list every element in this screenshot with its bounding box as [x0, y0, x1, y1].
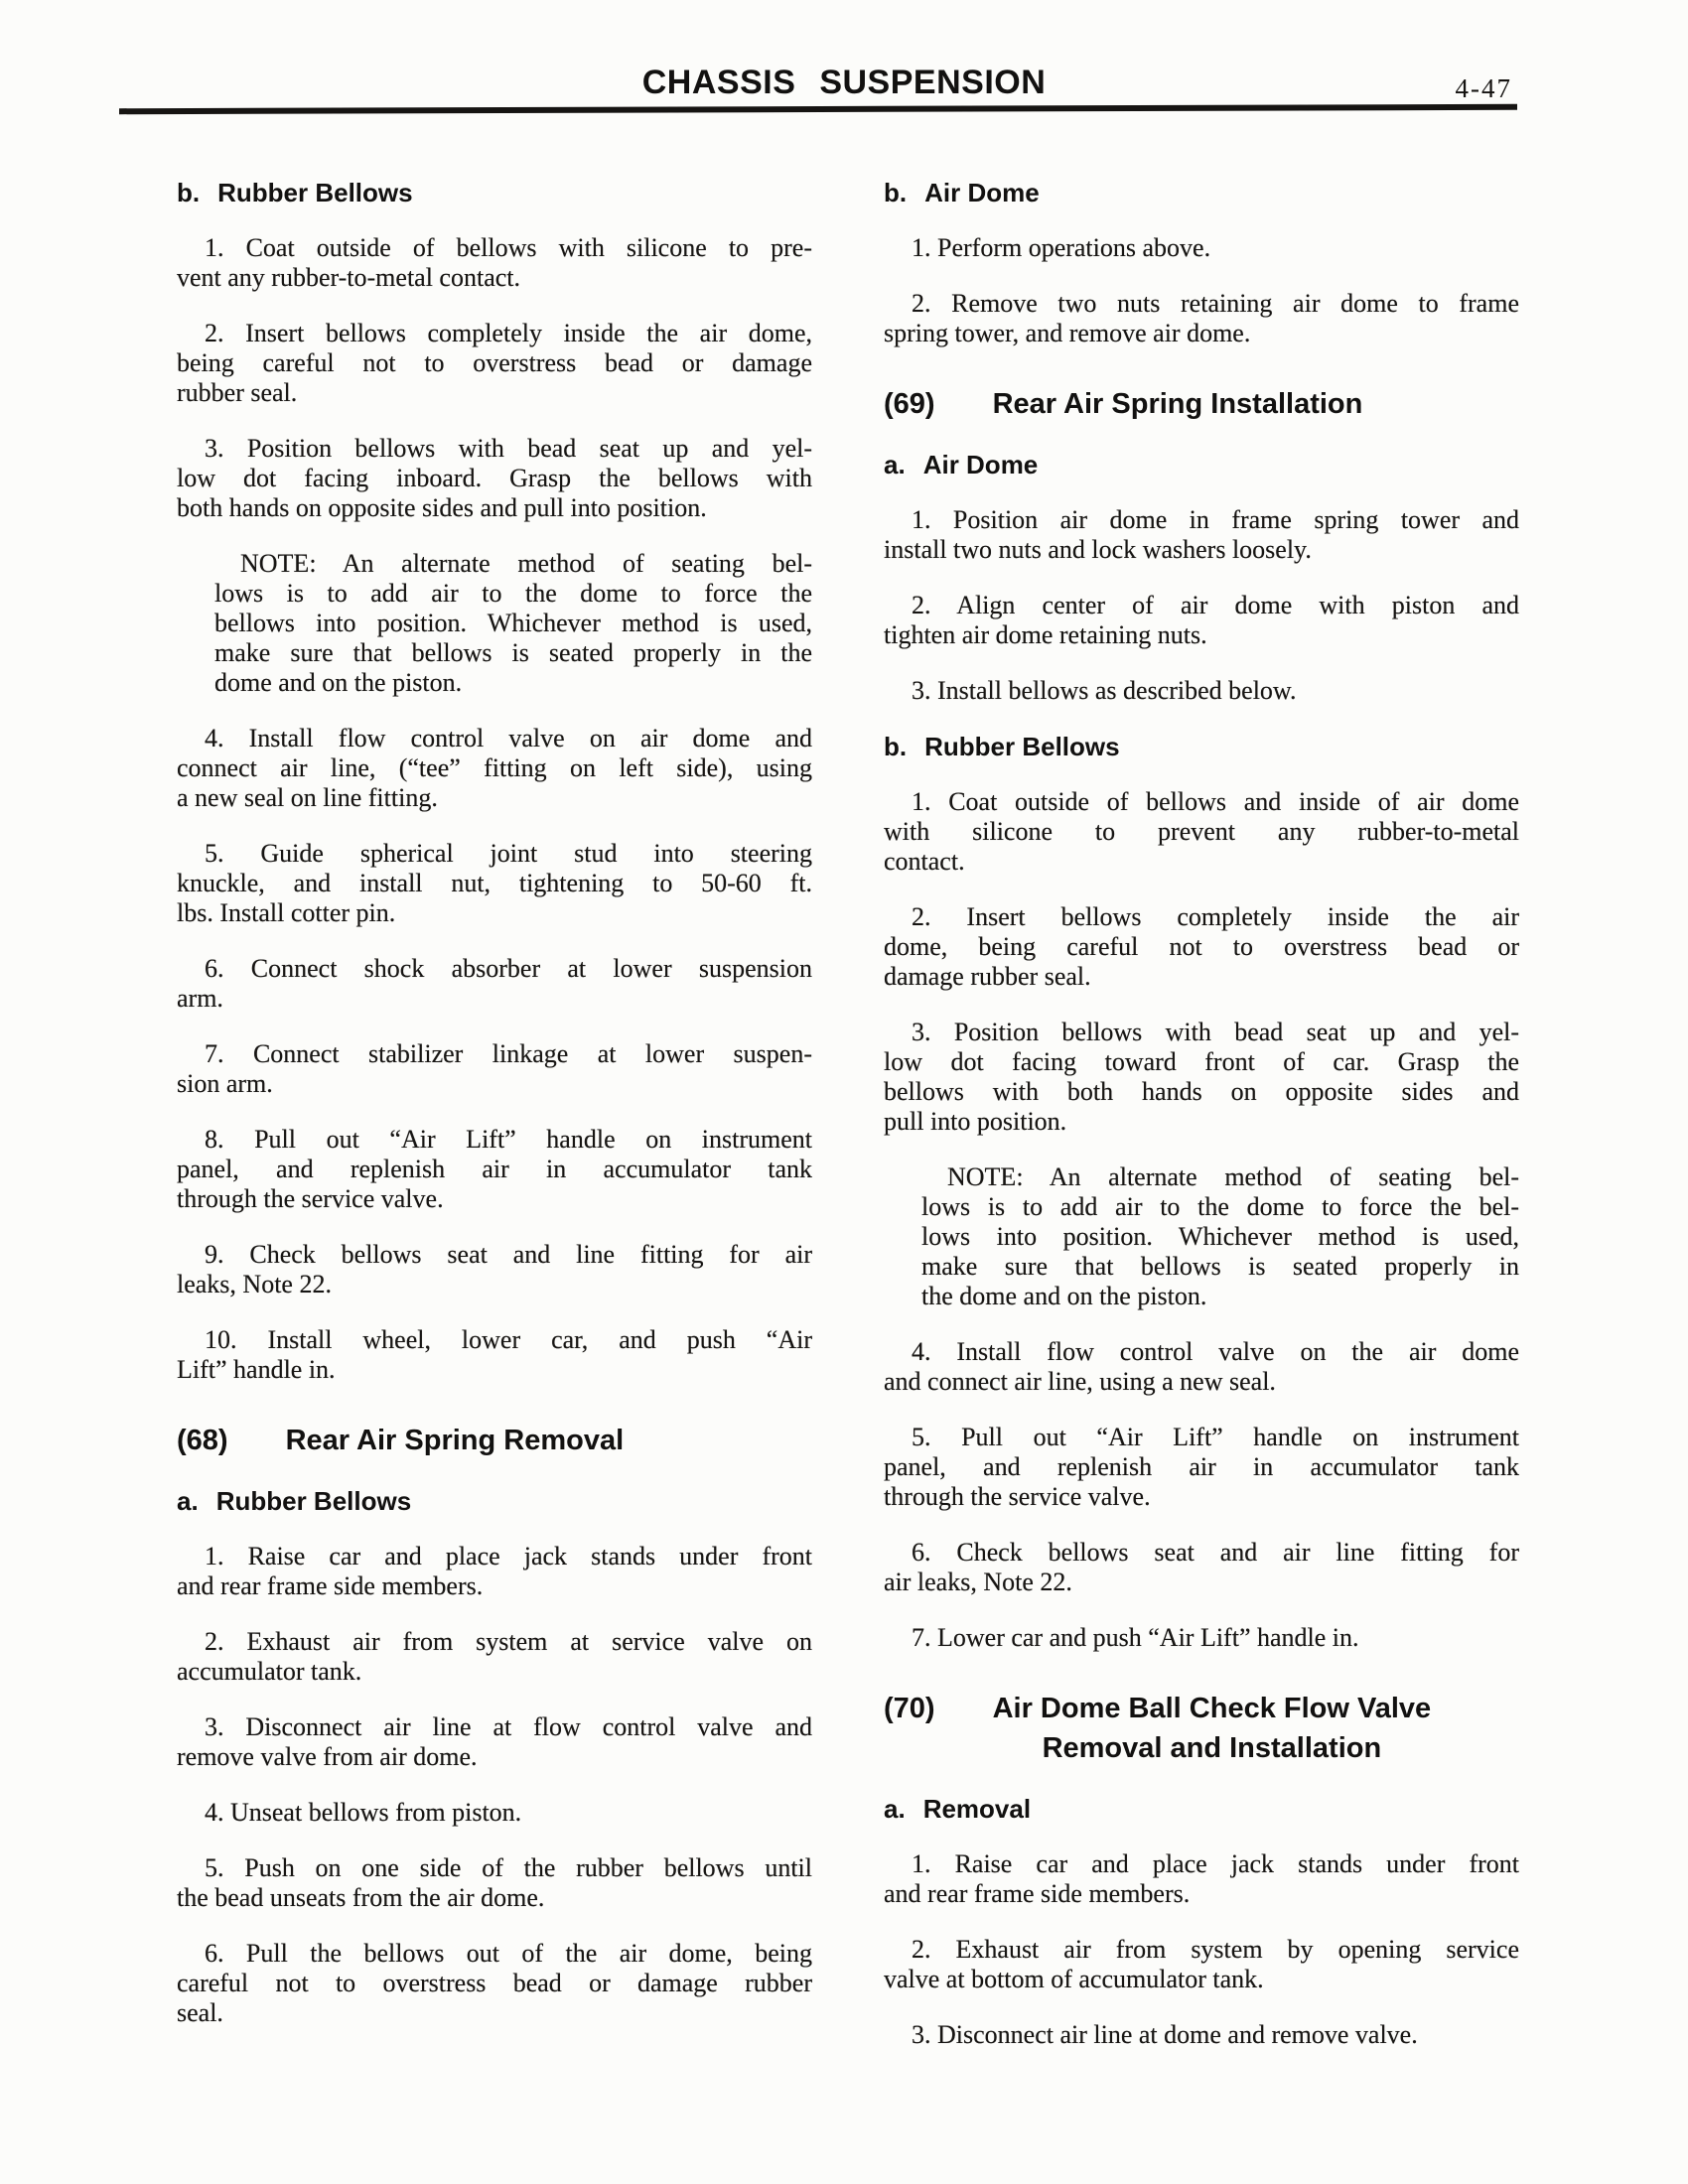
page-title: CHASSIS SUSPENSION [0, 66, 1688, 99]
text-line: NOTE: An alternate method of seating bel… [921, 1162, 1519, 1192]
section-number: (68) [177, 1421, 228, 1460]
step-paragraph: 9. Check bellows seat and line fitting f… [177, 1240, 812, 1299]
subsection-letter: a. [884, 1794, 906, 1824]
text-line: 10. Install wheel, lower car, and push “… [177, 1325, 812, 1355]
step-paragraph: 3. Position bellows with bead seat up an… [177, 434, 812, 523]
text-line: 1. Coat outside of bellows with silicone… [177, 233, 812, 263]
step-paragraph: 2. Insert bellows completely inside the … [884, 902, 1519, 992]
subsection-letter: a. [884, 450, 906, 479]
text-line: the dome and on the piston. [921, 1282, 1519, 1311]
section-heading: (69)Rear Air Spring Installation [884, 384, 1519, 424]
text-line: through the service valve. [177, 1184, 812, 1214]
subsection-title: Air Dome [923, 450, 1039, 479]
subsection-title: Rubber Bellows [924, 732, 1119, 761]
text-line: 2. Exhaust air from system at service va… [177, 1627, 812, 1657]
step-paragraph: 2. Remove two nuts retaining air dome to… [884, 289, 1519, 348]
text-line: tighten air dome retaining nuts. [884, 620, 1519, 650]
subsection-title: Rubber Bellows [217, 178, 412, 207]
step-paragraph: 2. Exhaust air from system at service va… [177, 1627, 812, 1687]
text-line: 4. Install flow control valve on air dom… [177, 724, 812, 753]
text-line: bellows into position. Whichever method … [214, 609, 812, 638]
text-line: lows is to add air to the dome to force … [921, 1192, 1519, 1222]
text-line: careful not to overstress bead or damage… [177, 1969, 812, 1998]
step-paragraph: 6. Connect shock absorber at lower suspe… [177, 954, 812, 1014]
step-paragraph: 5. Pull out “Air Lift” handle on instrum… [884, 1423, 1519, 1512]
text-line: knuckle, and install nut, tightening to … [177, 869, 812, 898]
step-paragraph: 1. Raise car and place jack stands under… [884, 1849, 1519, 1909]
text-line: panel, and replenish air in accumulator … [884, 1452, 1519, 1482]
subsection-heading: a.Air Dome [884, 450, 1519, 479]
section-title: Air Dome Ball Check Flow ValveRemoval an… [993, 1689, 1432, 1768]
step-paragraph: 3. Disconnect air line at dome and remov… [884, 2020, 1519, 2050]
text-line: install two nuts and lock washers loosel… [884, 535, 1519, 565]
text-line: 7. Connect stabilizer linkage at lower s… [177, 1039, 812, 1069]
subsection-heading: b.Rubber Bellows [177, 178, 812, 207]
step-paragraph: 6. Pull the bellows out of the air dome,… [177, 1939, 812, 2028]
subsection-title: Air Dome [924, 178, 1040, 207]
step-paragraph: 1. Perform operations above. [884, 233, 1519, 263]
text-line: make sure that bellows is seated properl… [214, 638, 812, 668]
text-line: pull into position. [884, 1107, 1519, 1137]
text-line: 2. Insert bellows completely inside the … [177, 319, 812, 348]
section-title: Rear Air Spring Installation [993, 384, 1363, 424]
text-line: 3. Position bellows with bead seat up an… [884, 1018, 1519, 1047]
text-line: bellows with both hands on opposite side… [884, 1077, 1519, 1107]
note-paragraph: NOTE: An alternate method of seating bel… [214, 549, 812, 698]
text-line: 5. Push on one side of the rubber bellow… [177, 1853, 812, 1883]
section-number: (69) [884, 384, 935, 424]
page-header: CHASSIS SUSPENSION 4-47 [0, 0, 1688, 112]
text-line: 3. Position bellows with bead seat up an… [177, 434, 812, 464]
subsection-letter: a. [177, 1486, 199, 1516]
text-line: vent any rubber-to-metal contact. [177, 263, 812, 293]
step-paragraph: 4. Unseat bellows from piston. [177, 1798, 812, 1828]
text-line: 6. Check bellows seat and air line fitti… [884, 1538, 1519, 1568]
text-line: lbs. Install cotter pin. [177, 898, 812, 928]
step-paragraph: 4. Install flow control valve on air dom… [177, 724, 812, 813]
text-line: leaks, Note 22. [177, 1270, 812, 1299]
text-line: low dot facing inboard. Grasp the bellow… [177, 464, 812, 493]
text-line: remove valve from air dome. [177, 1742, 812, 1772]
step-paragraph: 1. Raise car and place jack stands under… [177, 1542, 812, 1601]
subsection-letter: b. [177, 178, 200, 207]
text-line: dome, being careful not to overstress be… [884, 932, 1519, 962]
subsection-heading: a.Rubber Bellows [177, 1486, 812, 1516]
text-line: 1. Perform operations above. [884, 233, 1519, 263]
subsection-heading: b.Rubber Bellows [884, 732, 1519, 761]
text-line: through the service valve. [884, 1482, 1519, 1512]
text-line: with silicone to prevent any rubber-to-m… [884, 817, 1519, 847]
text-line: and rear frame side members. [884, 1879, 1519, 1909]
text-line: 4. Unseat bellows from piston. [177, 1798, 812, 1828]
step-paragraph: 1. Coat outside of bellows with silicone… [177, 233, 812, 293]
text-line: 5. Pull out “Air Lift” handle on instrum… [884, 1423, 1519, 1452]
text-line: 9. Check bellows seat and line fitting f… [177, 1240, 812, 1270]
text-line: 7. Lower car and push “Air Lift” handle … [884, 1623, 1519, 1653]
section-title: Rear Air Spring Removal [286, 1421, 625, 1460]
step-paragraph: 2. Align center of air dome with piston … [884, 591, 1519, 650]
step-paragraph: 2. Exhaust air from system by opening se… [884, 1935, 1519, 1994]
text-line: lows is to add air to the dome to force … [214, 579, 812, 609]
text-line: 3. Install bellows as described below. [884, 676, 1519, 706]
text-line: and rear frame side members. [177, 1571, 812, 1601]
step-paragraph: 3. Install bellows as described below. [884, 676, 1519, 706]
text-line: Lift” handle in. [177, 1355, 812, 1385]
text-line: NOTE: An alternate method of seating bel… [214, 549, 812, 579]
text-line: 5. Guide spherical joint stud into steer… [177, 839, 812, 869]
text-line: 3. Disconnect air line at flow control v… [177, 1712, 812, 1742]
text-line: 2. Align center of air dome with piston … [884, 591, 1519, 620]
note-paragraph: NOTE: An alternate method of seating bel… [921, 1162, 1519, 1311]
subsection-heading: b.Air Dome [884, 178, 1519, 207]
text-line: rubber seal. [177, 378, 812, 408]
text-line: valve at bottom of accumulator tank. [884, 1965, 1519, 1994]
section-number: (70) [884, 1689, 935, 1728]
text-line: 4. Install flow control valve on the air… [884, 1337, 1519, 1367]
text-line: 1. Coat outside of bellows and inside of… [884, 787, 1519, 817]
right-column: b.Air Dome1. Perform operations above.2.… [884, 178, 1519, 2050]
step-paragraph: 5. Push on one side of the rubber bellow… [177, 1853, 812, 1913]
left-column: b.Rubber Bellows1. Coat outside of bello… [177, 178, 812, 2050]
step-paragraph: 1. Coat outside of bellows and inside of… [884, 787, 1519, 877]
step-paragraph: 1. Position air dome in frame spring tow… [884, 505, 1519, 565]
text-line: and connect air line, using a new seal. [884, 1367, 1519, 1397]
text-line: being careful not to overstress bead or … [177, 348, 812, 378]
subsection-title: Removal [923, 1794, 1031, 1824]
subsection-heading: a.Removal [884, 1794, 1519, 1824]
text-line: seal. [177, 1998, 812, 2028]
step-paragraph: 7. Connect stabilizer linkage at lower s… [177, 1039, 812, 1099]
text-line: contact. [884, 847, 1519, 877]
text-line: lows into position. Whichever method is … [921, 1222, 1519, 1252]
step-paragraph: 7. Lower car and push “Air Lift” handle … [884, 1623, 1519, 1653]
step-paragraph: 4. Install flow control valve on the air… [884, 1337, 1519, 1397]
text-line: air leaks, Note 22. [884, 1568, 1519, 1597]
section-heading: (70)Air Dome Ball Check Flow ValveRemova… [884, 1689, 1519, 1768]
step-paragraph: 5. Guide spherical joint stud into steer… [177, 839, 812, 928]
subsection-letter: b. [884, 732, 907, 761]
text-line: 1. Raise car and place jack stands under… [884, 1849, 1519, 1879]
text-line: 1. Position air dome in frame spring tow… [884, 505, 1519, 535]
text-line: arm. [177, 984, 812, 1014]
text-line: a new seal on line fitting. [177, 783, 812, 813]
text-line: damage rubber seal. [884, 962, 1519, 992]
text-line: 6. Connect shock absorber at lower suspe… [177, 954, 812, 984]
text-line: low dot facing toward front of car. Gras… [884, 1047, 1519, 1077]
page-content: b.Rubber Bellows1. Coat outside of bello… [177, 112, 1519, 2050]
step-paragraph: 3. Disconnect air line at flow control v… [177, 1712, 812, 1772]
step-paragraph: 8. Pull out “Air Lift” handle on instrum… [177, 1125, 812, 1214]
text-line: the bead unseats from the air dome. [177, 1883, 812, 1913]
text-line: accumulator tank. [177, 1657, 812, 1687]
text-line: 3. Disconnect air line at dome and remov… [884, 2020, 1519, 2050]
text-line: panel, and replenish air in accumulator … [177, 1155, 812, 1184]
text-line: 2. Insert bellows completely inside the … [884, 902, 1519, 932]
page-number: 4-47 [1456, 73, 1513, 104]
text-line: 1. Raise car and place jack stands under… [177, 1542, 812, 1571]
subsection-letter: b. [884, 178, 907, 207]
text-line: 2. Exhaust air from system by opening se… [884, 1935, 1519, 1965]
text-line: sion arm. [177, 1069, 812, 1099]
text-line: spring tower, and remove air dome. [884, 319, 1519, 348]
manual-page: CHASSIS SUSPENSION 4-47 b.Rubber Bellows… [0, 0, 1688, 2184]
text-line: 6. Pull the bellows out of the air dome,… [177, 1939, 812, 1969]
step-paragraph: 2. Insert bellows completely inside the … [177, 319, 812, 408]
subsection-title: Rubber Bellows [216, 1486, 411, 1516]
section-heading: (68)Rear Air Spring Removal [177, 1421, 812, 1460]
step-paragraph: 10. Install wheel, lower car, and push “… [177, 1325, 812, 1385]
text-line: 8. Pull out “Air Lift” handle on instrum… [177, 1125, 812, 1155]
step-paragraph: 3. Position bellows with bead seat up an… [884, 1018, 1519, 1137]
text-line: both hands on opposite sides and pull in… [177, 493, 812, 523]
text-line: dome and on the piston. [214, 668, 812, 698]
step-paragraph: 6. Check bellows seat and air line fitti… [884, 1538, 1519, 1597]
text-line: make sure that bellows is seated properl… [921, 1252, 1519, 1282]
text-line: connect air line, (“tee” fitting on left… [177, 753, 812, 783]
text-line: 2. Remove two nuts retaining air dome to… [884, 289, 1519, 319]
